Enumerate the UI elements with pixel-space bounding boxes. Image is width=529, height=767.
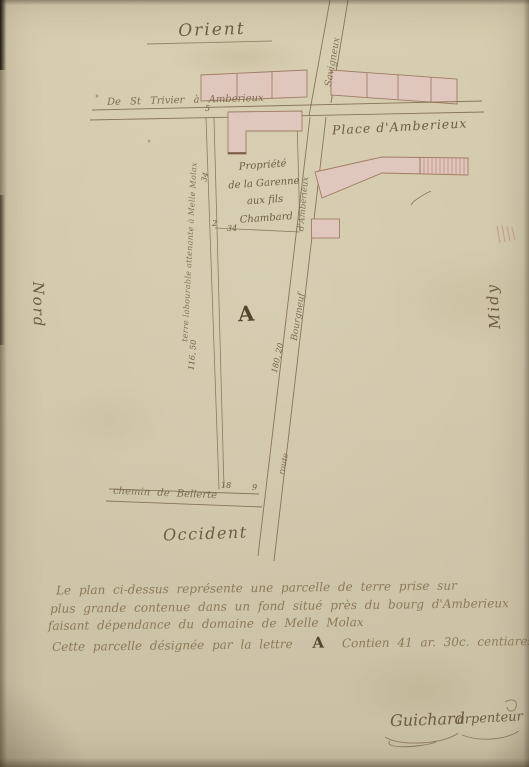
notes-line-4-post: Contien 41 ar. 30c. centiares [342,634,529,650]
parcel-letter: A [237,303,254,325]
measure-9: 9 [252,484,257,492]
right-angled-building [315,157,468,198]
signature-name: Guichard [390,711,465,730]
small-outbuilding [312,219,340,238]
compass-north-label: Nord [30,281,46,328]
notes-letter-a: A [312,634,324,652]
compass-west-label: Occident [163,525,248,544]
top-building-row-right [331,70,457,104]
red-edge-smear [497,225,515,243]
notes-line-3: faisant dépendance du domaine de Melle M… [48,616,364,632]
signature-title: arpenteur [457,710,523,726]
scanned-cadastral-plan: Orient Occident Nord Midy Place d'Amberi… [0,0,529,767]
compass-south-label: Midy [485,282,503,329]
property-label: Propriété de la Garenne aux fils Chambar… [220,154,310,230]
measure-5: 5 [205,105,210,113]
pen-check-mark [411,191,431,205]
notes-line-4-pre: Cette parcelle désignée par la lettre [52,637,293,654]
measure-2: 2 [212,220,217,228]
measure-18: 18 [221,482,231,490]
measure-34: 34 [227,225,237,233]
orient-underline [147,41,272,44]
chambard-building [228,111,302,154]
